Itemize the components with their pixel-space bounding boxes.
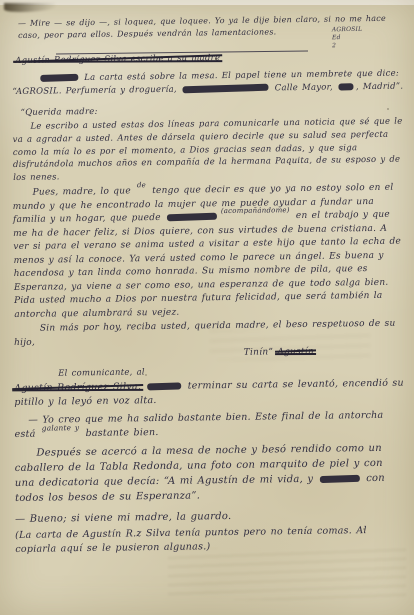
letter-paragraph-1: Le escribo a usted estas dos líneas para… — [12, 116, 405, 185]
dialogue-salido-bien: — Yo creo que me ha salido bastante bien… — [14, 408, 406, 442]
ink-blot — [339, 83, 354, 90]
narration-carta: La carta está sobre la mesa. El papel ti… — [12, 67, 404, 98]
handwritten-text: Calle Mayor, — [271, 82, 337, 93]
struck-heading: Agustín Rodríguez Silva escribe a su mad… — [15, 50, 404, 68]
struck-text: Agustín Rodríguez Silva, — [14, 381, 141, 394]
photo-corner-shadow — [4, 3, 56, 12]
ink-blot — [320, 475, 360, 483]
handwritten-text: bastante bien. — [81, 427, 158, 439]
inserted-text: galante y — [42, 423, 80, 433]
handwritten-text: — Mire — se dijo —, si loquea, que loque… — [18, 14, 386, 40]
ink-blot — [40, 73, 78, 81]
handwritten-text: en el trabajo y que me ha de hacer feliz… — [13, 209, 401, 319]
handwritten-text: Sin más por hoy, reciba usted, querida m… — [14, 318, 396, 347]
dialogue-opening: — Mire — se dijo —, si loquea, que loque… — [18, 13, 404, 42]
manuscript-photo: AGROSIL Ed 2 — Mire — se dijo —, si loqu… — [0, 0, 414, 615]
note-parenthetical: (La carta de Agustín R.z Silva tenía pun… — [15, 524, 407, 558]
handwritten-text: Le escribo a usted estas dos líneas para… — [13, 117, 403, 183]
handwritten-text: , Madrid”. — [356, 81, 404, 92]
struck-text: Agustín — [277, 347, 314, 358]
ink-blot — [147, 382, 181, 390]
letter-paragraph-2: Pues, madre, lo que de tengo que decir e… — [13, 181, 407, 321]
narration-foto: Después se acercó a la mesa de noche y b… — [14, 441, 407, 506]
ink-specks — [215, 58, 217, 60]
inserted-text: (acompañándome) — [221, 205, 290, 215]
inserted-text: de — [137, 180, 146, 189]
handwritten-text: “Querida madre: — [21, 107, 98, 118]
struck-text: Agustín Rodríguez Silva escribe a su mad… — [15, 53, 220, 66]
handwritten-text: Tinín” — [244, 347, 278, 357]
photo-top-edge — [0, 0, 414, 5]
handwritten-text: El comunicante, al — [58, 368, 145, 379]
manuscript-text: — Mire — se dijo —, si loquea, que loque… — [12, 16, 407, 558]
handwritten-text: Pues, madre, lo que — [33, 186, 136, 197]
handwritten-text: (La carta de Agustín R.z Silva tenía pun… — [15, 525, 367, 555]
ink-blot — [167, 212, 217, 221]
handwritten-text: — Bueno; si viene mi madre, la guardo. — [15, 511, 231, 525]
narration-termina-carta: Agustín Rodríguez Silva, terminar su car… — [14, 377, 406, 411]
ink-blot — [183, 83, 269, 93]
